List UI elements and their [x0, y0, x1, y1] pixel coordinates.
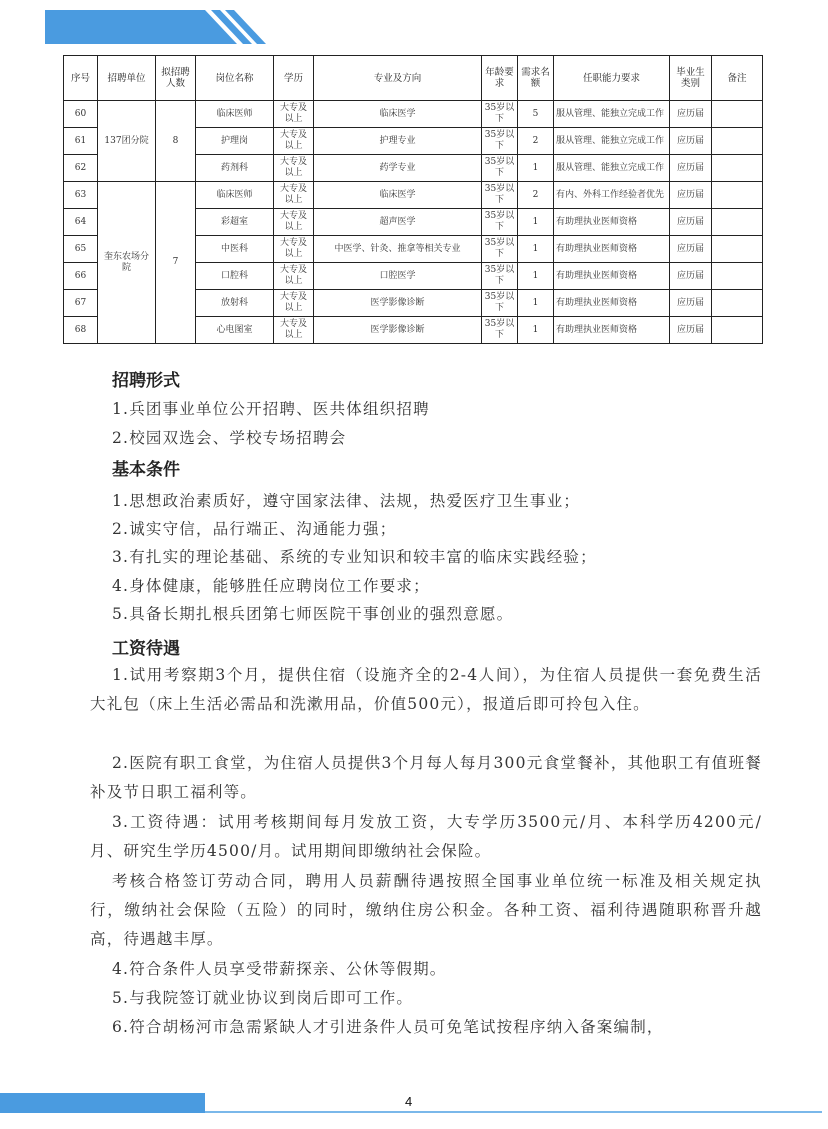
cell-age: 35岁以下: [482, 290, 518, 317]
cell-quota: 1: [518, 209, 554, 236]
cell-quota: 1: [518, 155, 554, 182]
cell-age: 35岁以下: [482, 317, 518, 344]
cell-requirements: 有助理执业医师资格: [554, 317, 670, 344]
cell-age: 35岁以下: [482, 182, 518, 209]
cell-graduate-type: 应历届: [670, 263, 712, 290]
cell-major: 中医学、针灸、推拿等相关专业: [314, 236, 482, 263]
cell-major: 口腔医学: [314, 263, 482, 290]
cell-age: 35岁以下: [482, 101, 518, 128]
header-unit: 招聘单位: [98, 56, 156, 101]
cell-graduate-type: 应历届: [670, 182, 712, 209]
cell-unit: 137团分院: [98, 101, 156, 182]
header-major: 专业及方向: [314, 56, 482, 101]
cell-age: 35岁以下: [482, 128, 518, 155]
cell-position: 临床医师: [196, 101, 274, 128]
salary-paragraph: 5.与我院签订就业协议到岗后即可工作。: [90, 984, 762, 1013]
table-row: 63 奎东农场分院 7 临床医师 大专及以上 临床医学 35岁以下 2 有内、外…: [64, 182, 763, 209]
header-position: 岗位名称: [196, 56, 274, 101]
cell-graduate-type: 应历届: [670, 155, 712, 182]
cell-requirements: 有内、外科工作经验者优先: [554, 182, 670, 209]
cell-quota: 2: [518, 182, 554, 209]
table-row: 60 137团分院 8 临床医师 大专及以上 临床医学 35岁以下 5 服从管理…: [64, 101, 763, 128]
cell-notes: [712, 236, 763, 263]
section-title-recruitment-form: 招聘形式: [112, 366, 180, 391]
condition-item: 3.有扎实的理论基础、系统的专业知识和较丰富的临床实践经验；: [112, 545, 597, 567]
cell-quota: 5: [518, 101, 554, 128]
form-item: 1.兵团事业单位公开招聘、医共体组织招聘: [112, 397, 430, 419]
form-item: 2.校园双选会、学校专场招聘会: [112, 426, 346, 448]
cell-no: 65: [64, 236, 98, 263]
condition-item: 5.具备长期扎根兵团第七师医院干事创业的强烈意愿。: [112, 602, 513, 624]
header-banner-decoration: [45, 10, 270, 44]
cell-quota: 1: [518, 236, 554, 263]
section-title-salary-benefits: 工资待遇: [112, 634, 180, 659]
cell-requirements: 有助理执业医师资格: [554, 290, 670, 317]
cell-education: 大专及以上: [274, 209, 314, 236]
cell-graduate-type: 应历届: [670, 290, 712, 317]
header-education: 学历: [274, 56, 314, 101]
condition-item: 1.思想政治素质好，遵守国家法律、法规，热爱医疗卫生事业；: [112, 489, 580, 511]
cell-notes: [712, 182, 763, 209]
salary-paragraph: 4.符合条件人员享受带薪探亲、公休等假期。: [90, 955, 762, 984]
cell-education: 大专及以上: [274, 155, 314, 182]
cell-notes: [712, 263, 763, 290]
recruitment-table: 序号 招聘单位 拟招聘人数 岗位名称 学历 专业及方向 年龄要求 需求名额 任职…: [63, 55, 763, 344]
header-age: 年龄要求: [482, 56, 518, 101]
cell-no: 68: [64, 317, 98, 344]
cell-quota: 1: [518, 290, 554, 317]
cell-requirements: 服从管理、能独立完成工作: [554, 155, 670, 182]
cell-age: 35岁以下: [482, 236, 518, 263]
cell-major: 药学专业: [314, 155, 482, 182]
footer-divider: [205, 1111, 822, 1113]
cell-no: 60: [64, 101, 98, 128]
cell-no: 61: [64, 128, 98, 155]
cell-education: 大专及以上: [274, 263, 314, 290]
cell-requirements: 有助理执业医师资格: [554, 236, 670, 263]
cell-major: 临床医学: [314, 101, 482, 128]
header-graduate-type: 毕业生类别: [670, 56, 712, 101]
cell-notes: [712, 155, 763, 182]
condition-item: 2.诚实守信，品行端正、沟通能力强；: [112, 517, 396, 539]
cell-no: 62: [64, 155, 98, 182]
cell-notes: [712, 290, 763, 317]
cell-graduate-type: 应历届: [670, 236, 712, 263]
cell-quota: 2: [518, 128, 554, 155]
condition-item: 4.身体健康，能够胜任应聘岗位工作要求；: [112, 574, 430, 596]
cell-position: 放射科: [196, 290, 274, 317]
cell-education: 大专及以上: [274, 101, 314, 128]
cell-notes: [712, 317, 763, 344]
cell-major: 超声医学: [314, 209, 482, 236]
cell-education: 大专及以上: [274, 236, 314, 263]
cell-major: 医学影像诊断: [314, 317, 482, 344]
cell-no: 67: [64, 290, 98, 317]
cell-requirements: 服从管理、能独立完成工作: [554, 128, 670, 155]
cell-education: 大专及以上: [274, 317, 314, 344]
cell-position: 护理岗: [196, 128, 274, 155]
cell-position: 临床医师: [196, 182, 274, 209]
cell-position: 心电图室: [196, 317, 274, 344]
salary-paragraph: 6.符合胡杨河市急需紧缺人才引进条件人员可免笔试按程序纳入备案编制，: [90, 1013, 762, 1042]
header-planned-count: 拟招聘人数: [156, 56, 196, 101]
salary-paragraph: 3.工资待遇：试用考核期间每月发放工资，大专学历3500元/月、本科学历4200…: [90, 808, 762, 866]
cell-age: 35岁以下: [482, 155, 518, 182]
cell-graduate-type: 应历届: [670, 317, 712, 344]
header-quota: 需求名额: [518, 56, 554, 101]
footer-accent-bar: [0, 1093, 205, 1113]
cell-major: 临床医学: [314, 182, 482, 209]
cell-requirements: 有助理执业医师资格: [554, 209, 670, 236]
cell-requirements: 服从管理、能独立完成工作: [554, 101, 670, 128]
cell-position: 彩超室: [196, 209, 274, 236]
cell-graduate-type: 应历届: [670, 209, 712, 236]
header-no: 序号: [64, 56, 98, 101]
header-requirements: 任职能力要求: [554, 56, 670, 101]
cell-notes: [712, 128, 763, 155]
salary-paragraph: 1.试用考察期3个月，提供住宿（设施齐全的2-4人间），为住宿人员提供一套免费生…: [90, 661, 762, 719]
cell-quota: 1: [518, 317, 554, 344]
cell-no: 66: [64, 263, 98, 290]
table-header-row: 序号 招聘单位 拟招聘人数 岗位名称 学历 专业及方向 年龄要求 需求名额 任职…: [64, 56, 763, 101]
cell-notes: [712, 101, 763, 128]
cell-education: 大专及以上: [274, 290, 314, 317]
salary-paragraph: 2.医院有职工食堂，为住宿人员提供3个月每人每月300元食堂餐补，其他职工有值班…: [90, 749, 762, 807]
cell-quota: 1: [518, 263, 554, 290]
cell-major: 医学影像诊断: [314, 290, 482, 317]
cell-unit: 奎东农场分院: [98, 182, 156, 344]
cell-education: 大专及以上: [274, 128, 314, 155]
cell-graduate-type: 应历届: [670, 101, 712, 128]
page-number: 4: [405, 1094, 412, 1109]
cell-position: 药剂科: [196, 155, 274, 182]
cell-education: 大专及以上: [274, 182, 314, 209]
cell-position: 口腔科: [196, 263, 274, 290]
salary-paragraph: 考核合格签订劳动合同，聘用人员薪酬待遇按照全国事业单位统一标准及相关规定执行，缴…: [90, 867, 762, 954]
cell-requirements: 有助理执业医师资格: [554, 263, 670, 290]
section-title-basic-conditions: 基本条件: [112, 455, 180, 480]
cell-major: 护理专业: [314, 128, 482, 155]
cell-no: 64: [64, 209, 98, 236]
cell-planned-count: 8: [156, 101, 196, 182]
cell-no: 63: [64, 182, 98, 209]
cell-notes: [712, 209, 763, 236]
cell-age: 35岁以下: [482, 209, 518, 236]
cell-age: 35岁以下: [482, 263, 518, 290]
cell-position: 中医科: [196, 236, 274, 263]
cell-planned-count: 7: [156, 182, 196, 344]
header-notes: 备注: [712, 56, 763, 101]
cell-graduate-type: 应历届: [670, 128, 712, 155]
